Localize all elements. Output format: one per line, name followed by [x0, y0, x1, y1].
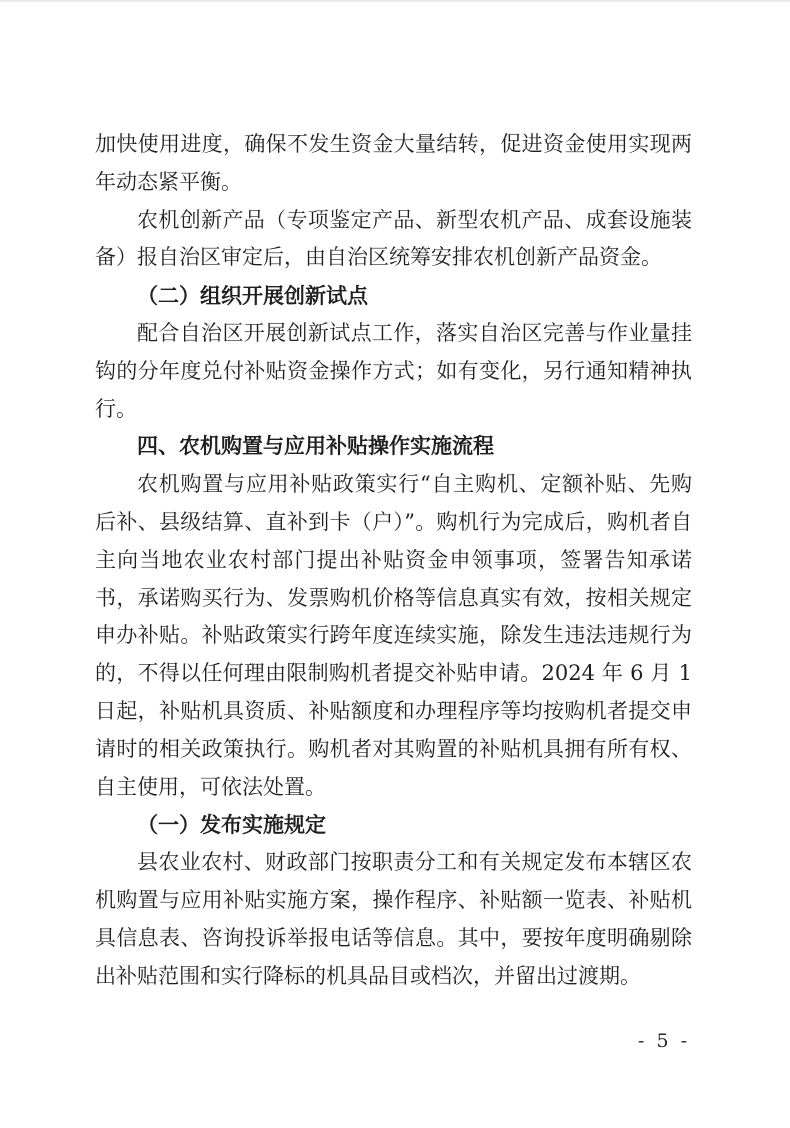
paragraph: 加快使用进度，确保不发生资金大量结转，促进资金使用实现两年动态紧平衡。: [95, 126, 692, 202]
paragraph: 农机创新产品（专项鉴定产品、新型农机产品、成套设施装备）报自治区审定后，由自治区…: [95, 202, 692, 278]
paragraph: 配合自治区开展创新试点工作，落实自治区完善与作业量挂钩的分年度兑付补贴资金操作方…: [95, 315, 692, 428]
paragraph: 县农业农村、财政部门按职责分工和有关规定发布本辖区农机购置与应用补贴实施方案，操…: [95, 844, 692, 995]
scan-edge-artifact: [0, 0, 790, 2]
section-heading: （一）发布实施规定: [95, 806, 692, 844]
section-heading: （二）组织开展创新试点: [95, 277, 692, 315]
document-body: 加快使用进度，确保不发生资金大量结转，促进资金使用实现两年动态紧平衡。农机创新产…: [95, 126, 692, 995]
paragraph: 农机购置与应用补贴政策实行“自主购机、定额补贴、先购后补、县级结算、直补到卡（户…: [95, 466, 692, 806]
page-number: - 5 -: [638, 1030, 690, 1052]
section-heading: 四、农机购置与应用补贴操作实施流程: [95, 428, 692, 466]
